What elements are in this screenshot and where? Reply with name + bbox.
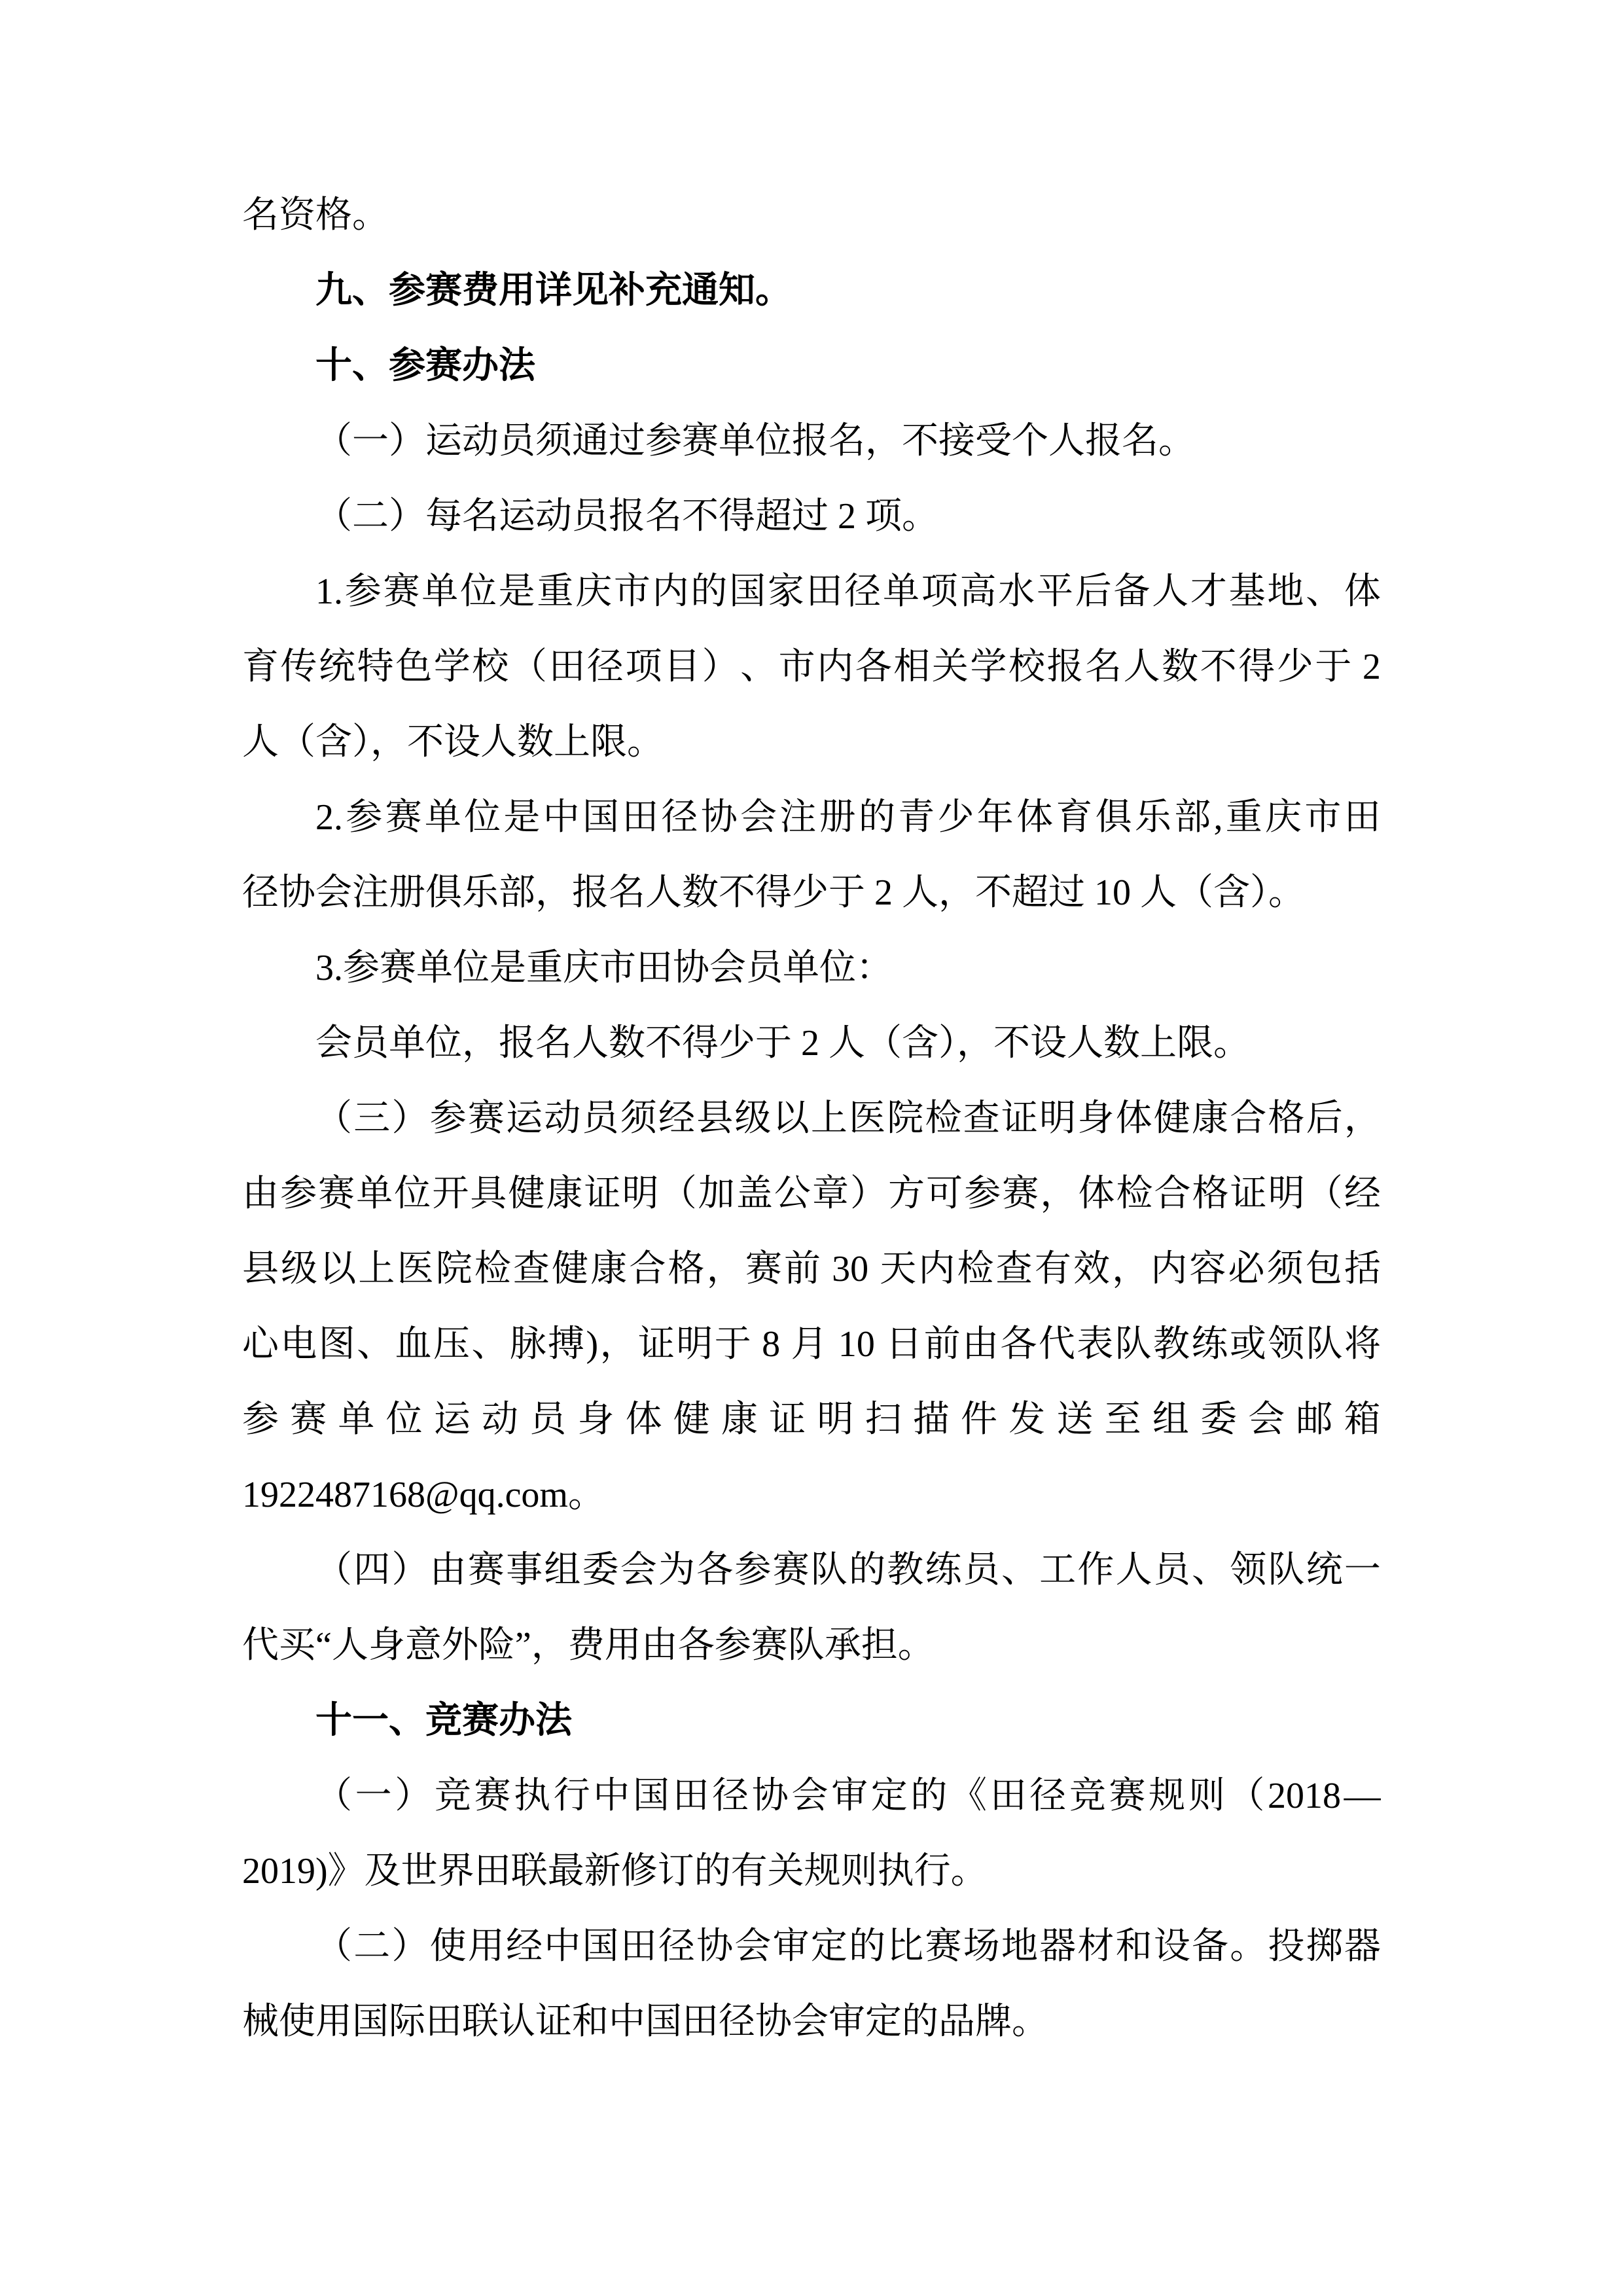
sub-item-2-line-2: 径协会注册俱乐部，报名人数不得少于 2 人，不超过 10 人（含）。 [242,855,1381,931]
sub-item-2-line-1: 2.参赛单位是中国田径协会注册的青少年体育俱乐部,重庆市田 [242,780,1381,855]
rules-item-2-line-1: （二）使用经中国田径协会审定的比赛场地器材和设备。投掷器 [242,1909,1381,1984]
sub-item-3-line-1: 3.参赛单位是重庆市田协会员单位： [242,931,1381,1006]
scanned-document-page: 名资格。 九、参赛费用详见补充通知。 十、参赛办法 （一）运动员须通过参赛单位报… [0,0,1623,2296]
section-11-heading: 十一、竞赛办法 [242,1683,1381,1759]
rules-item-1-line-2: 2019)》及世界田联最新修订的有关规则执行。 [242,1834,1381,1909]
item-2-line: （二）每名运动员报名不得超过 2 项。 [242,479,1381,554]
sub-item-1-line-1: 1.参赛单位是重庆市内的国家田径单项高水平后备人才基地、体 [242,554,1381,630]
item-3-line-2: 由参赛单位开具健康证明（加盖公章）方可参赛，体检合格证明（经 [242,1157,1381,1232]
item-3-line-3: 县级以上医院检查健康合格，赛前 30 天内检查有效，内容必须包括 [242,1232,1381,1307]
item-3-line-4: 心电图、血压、脉搏)，证明于 8 月 10 日前由各代表队教练或领队将 [242,1307,1381,1382]
item-1-line: （一）运动员须通过参赛单位报名，不接受个人报名。 [242,404,1381,479]
item-3-line-5: 参赛单位运动员身体健康证明扫描件发送至组委会邮箱 [242,1382,1381,1458]
rules-item-1-line-1: （一）竞赛执行中国田径协会审定的《田径竞赛规则（2018— [242,1759,1381,1834]
sub-item-1-line-3: 人（含），不设人数上限。 [242,705,1381,780]
section-9-heading: 九、参赛费用详见补充通知。 [242,253,1381,329]
item-4-line-2: 代买“人身意外险”，费用由各参赛队承担。 [242,1608,1381,1683]
item-3-email-line: 1922487168@qq.com。 [242,1458,1381,1533]
body-line-carryover: 名资格。 [242,178,1381,253]
sub-item-1-line-2: 育传统特色学校（田径项目）、市内各相关学校报名人数不得少于 2 [242,630,1381,705]
section-10-heading: 十、参赛办法 [242,329,1381,404]
item-4-line-1: （四）由赛事组委会为各参赛队的教练员、工作人员、领队统一 [242,1533,1381,1608]
item-3-line-1: （三）参赛运动员须经县级以上医院检查证明身体健康合格后， [242,1081,1381,1157]
sub-item-3-line-2: 会员单位，报名人数不得少于 2 人（含），不设人数上限。 [242,1006,1381,1081]
rules-item-2-line-2: 械使用国际田联认证和中国田径协会审定的品牌。 [242,1984,1381,2060]
